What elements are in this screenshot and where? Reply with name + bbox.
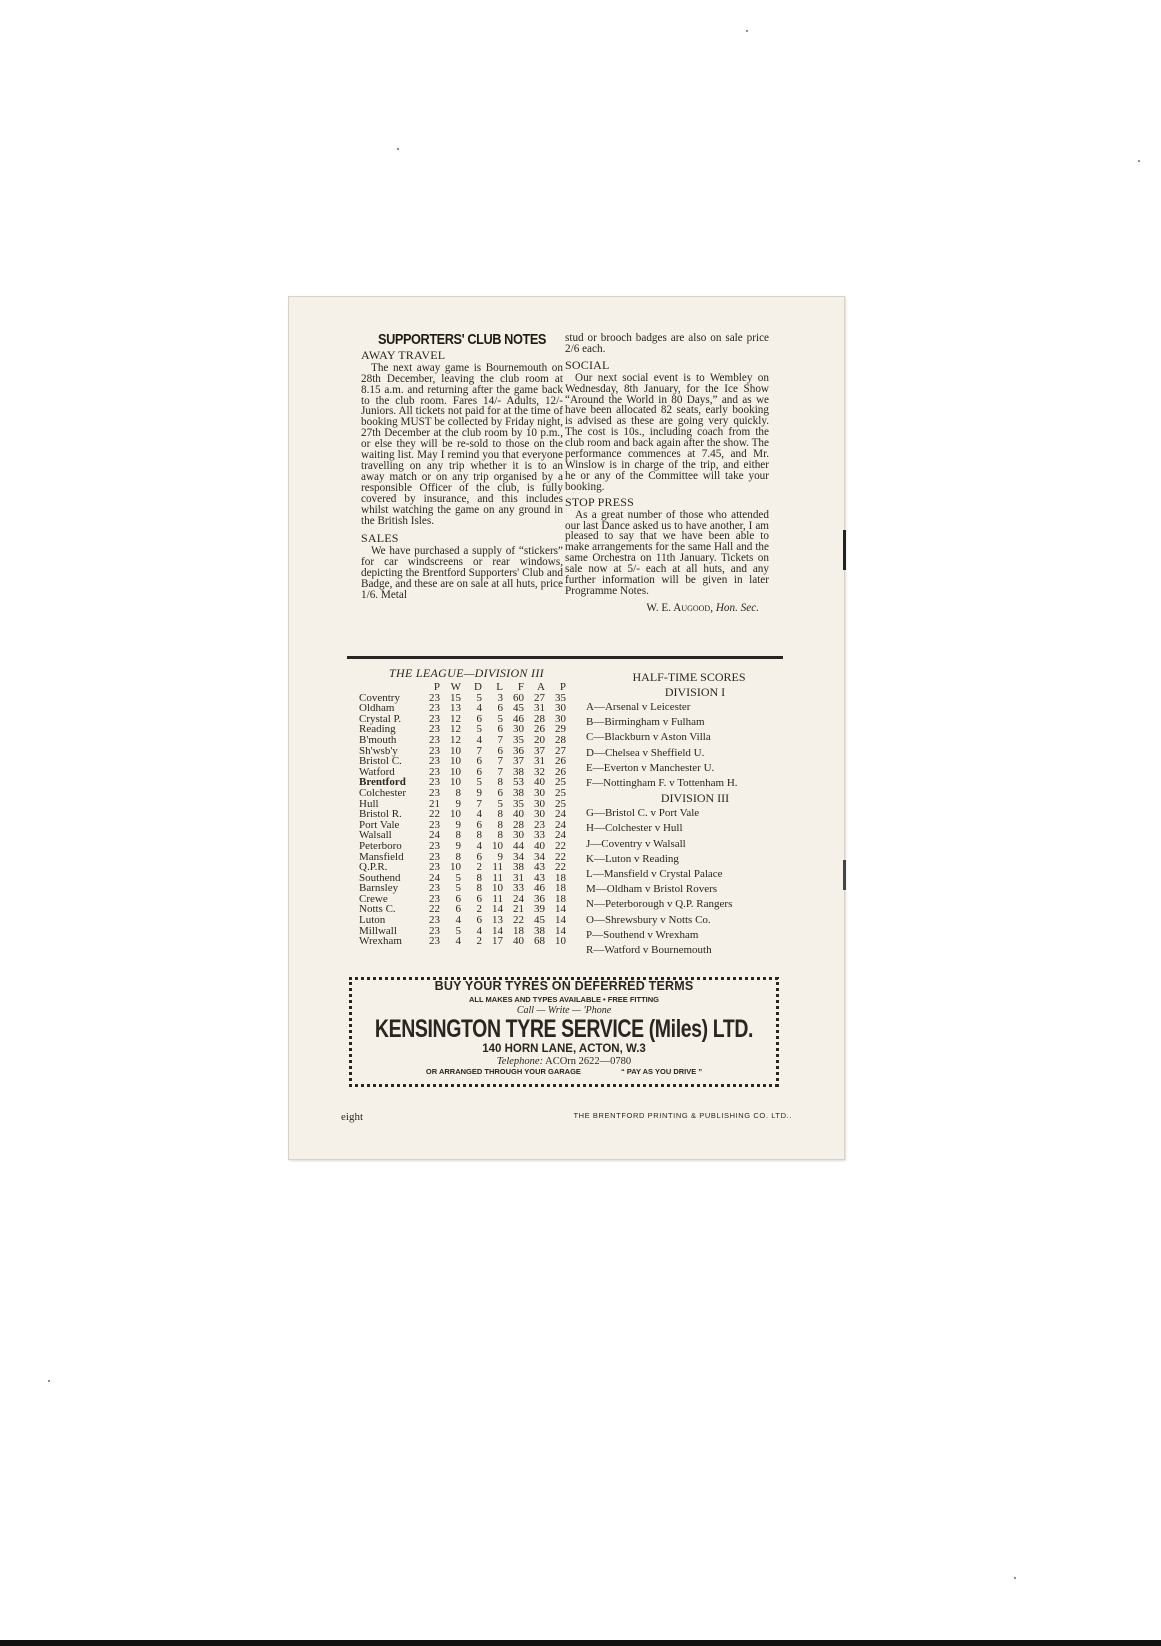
tyre-advert: BUY YOUR TYRES ON DEFERRED TERMS ALL MAK…	[345, 973, 783, 1091]
stat-value: 23	[419, 735, 440, 746]
away-travel-heading: AWAY TRAVEL	[361, 350, 563, 361]
advert-bottom-line: OR ARRANGED THROUGH YOUR GARAGE “ PAY AS…	[349, 1067, 779, 1076]
league-column-header: P	[419, 682, 440, 693]
advert-headline: BUY YOUR TYRES ON DEFERRED TERMS	[349, 979, 779, 993]
fixture-item: J—Coventry v Walsall	[584, 837, 794, 852]
scan-border	[0, 1640, 1161, 1646]
fixture-item: A—Arsenal v Leicester	[584, 700, 794, 715]
stat-value: 23	[419, 788, 440, 799]
stat-value: 38	[503, 788, 524, 799]
stat-value: 40	[524, 841, 545, 852]
advert-company-name: KENSINGTON TYRE SERVICE (Miles) LTD.	[350, 1016, 779, 1042]
league-column-header: W	[440, 682, 461, 693]
fixture-item: R—Watford v Bournemouth	[584, 943, 794, 958]
supporters-club-right-column: stud or brooch badges are also on sale p…	[565, 333, 769, 614]
sales-text-continued: stud or brooch badges are also on sale p…	[565, 333, 769, 355]
league-title: THE LEAGUE—DIVISION III	[359, 666, 574, 681]
league-column-header: L	[482, 682, 503, 693]
sales-text: We have purchased a supply of “stickers”…	[361, 546, 563, 601]
stat-value: 17	[482, 936, 503, 947]
advert-phone-label: Telephone:	[497, 1056, 543, 1067]
league-row: Wrexham234217406810	[359, 936, 566, 947]
division-1-label: DIVISION I	[596, 685, 794, 700]
advert-address: 140 HORN LANE, ACTON, W.3	[349, 1043, 779, 1055]
fixture-item: P—Southend v Wrexham	[584, 928, 794, 943]
league-column-header	[359, 682, 419, 693]
fixture-item: N—Peterborough v Q.P. Rangers	[584, 897, 794, 912]
stat-value: 9	[461, 788, 482, 799]
league-row: Peterboro239410444022	[359, 841, 566, 852]
stat-value: 23	[419, 936, 440, 947]
advert-subline: ALL MAKES AND TYPES AVAILABLE • FREE FIT…	[349, 995, 779, 1004]
signature-name: W. E. Augood,	[646, 602, 713, 614]
half-time-scores: HALF-TIME SCORES DIVISION I A—Arsenal v …	[584, 670, 794, 958]
programme-page: SUPPORTERS' CLUB NOTES AWAY TRAVEL The n…	[288, 296, 845, 1160]
division-1-list: A—Arsenal v LeicesterB—Birmingham v Fulh…	[584, 700, 794, 791]
league-table: PWDLFAP Coventry231553602735Oldham231346…	[359, 682, 566, 947]
league-column-header: F	[503, 682, 524, 693]
stat-value: 40	[503, 936, 524, 947]
signature: W. E. Augood, Hon. Sec.	[565, 603, 769, 614]
scan-speck	[397, 148, 399, 150]
stat-value: 2	[461, 936, 482, 947]
scan-speck	[1014, 1577, 1016, 1579]
league-column-header: A	[524, 682, 545, 693]
team-name: Wrexham	[359, 936, 419, 947]
stat-value: 28	[545, 735, 566, 746]
advert-phone-number: ACOrn 2622—0780	[545, 1056, 631, 1067]
fixture-item: F—Nottingham F. v Tottenham H.	[584, 776, 794, 791]
stat-value: 68	[524, 936, 545, 947]
social-text: Our next social event is to Wembley on W…	[565, 373, 769, 493]
division-3-label: DIVISION III	[596, 791, 794, 806]
stat-value: 10	[482, 841, 503, 852]
fixture-item: M—Oldham v Bristol Rovers	[584, 882, 794, 897]
stat-value: 20	[524, 735, 545, 746]
stat-value: 6	[482, 788, 503, 799]
half-time-title: HALF-TIME SCORES	[584, 670, 794, 685]
team-name: B'mouth	[359, 735, 419, 746]
stat-value: 22	[545, 841, 566, 852]
stat-value: 12	[440, 735, 461, 746]
league-table-section: THE LEAGUE—DIVISION III PWDLFAP Coventry…	[359, 666, 574, 947]
section-divider	[347, 656, 783, 659]
fixture-item: K—Luton v Reading	[584, 852, 794, 867]
fixture-item: E—Everton v Manchester U.	[584, 761, 794, 776]
stat-value: 4	[440, 936, 461, 947]
printer-credit: THE BRENTFORD PRINTING & PUBLISHING CO. …	[573, 1111, 792, 1120]
page-edge-shadow	[843, 860, 846, 890]
scan-speck	[746, 30, 748, 32]
stat-value: 10	[545, 936, 566, 947]
fixture-item: L—Mansfield v Crystal Palace	[584, 867, 794, 882]
advert-phone: Telephone: ACOrn 2622—0780	[349, 1056, 779, 1067]
stat-value: 23	[419, 841, 440, 852]
page-edge-shadow	[843, 530, 846, 570]
stat-value: 44	[503, 841, 524, 852]
stat-value: 7	[482, 735, 503, 746]
signature-title: Hon. Sec.	[716, 602, 759, 614]
advert-bottom-right: “ PAY AS YOU DRIVE ”	[621, 1067, 702, 1076]
stat-value: 4	[461, 735, 482, 746]
team-name: Colchester	[359, 788, 419, 799]
stat-value: 4	[461, 841, 482, 852]
scan-speck	[48, 1380, 50, 1382]
sales-heading: SALES	[361, 533, 563, 544]
stat-value: 9	[440, 841, 461, 852]
stat-value: 35	[503, 735, 524, 746]
fixture-item: O—Shrewsbury v Notts Co.	[584, 913, 794, 928]
league-column-header: P	[545, 682, 566, 693]
division-3-list: G—Bristol C. v Port ValeH—Colchester v H…	[584, 806, 794, 958]
fixture-item: B—Birmingham v Fulham	[584, 715, 794, 730]
league-row: Colchester23896383025	[359, 788, 566, 799]
team-name: Peterboro	[359, 841, 419, 852]
supporters-club-left-column: SUPPORTERS' CLUB NOTES AWAY TRAVEL The n…	[361, 335, 563, 601]
stat-value: 8	[440, 788, 461, 799]
league-row: B'mouth231247352028	[359, 735, 566, 746]
stop-press-text: As a great number of those who attended …	[565, 510, 769, 597]
social-heading: SOCIAL	[565, 360, 769, 371]
supporters-club-title: SUPPORTERS' CLUB NOTES	[376, 335, 548, 346]
fixture-item: D—Chelsea v Sheffield U.	[584, 746, 794, 761]
league-column-header: D	[461, 682, 482, 693]
page-number: eight	[341, 1111, 363, 1123]
fixture-item: G—Bristol C. v Port Vale	[584, 806, 794, 821]
away-travel-text: The next away game is Bournemouth on 28t…	[361, 363, 563, 527]
stop-press-heading: STOP PRESS	[565, 497, 769, 508]
scan-speck	[1138, 160, 1140, 162]
fixture-item: C—Blackburn v Aston Villa	[584, 730, 794, 745]
fixture-item: H—Colchester v Hull	[584, 821, 794, 836]
stat-value: 25	[545, 788, 566, 799]
stat-value: 30	[524, 788, 545, 799]
advert-bottom-left: OR ARRANGED THROUGH YOUR GARAGE	[426, 1067, 581, 1076]
